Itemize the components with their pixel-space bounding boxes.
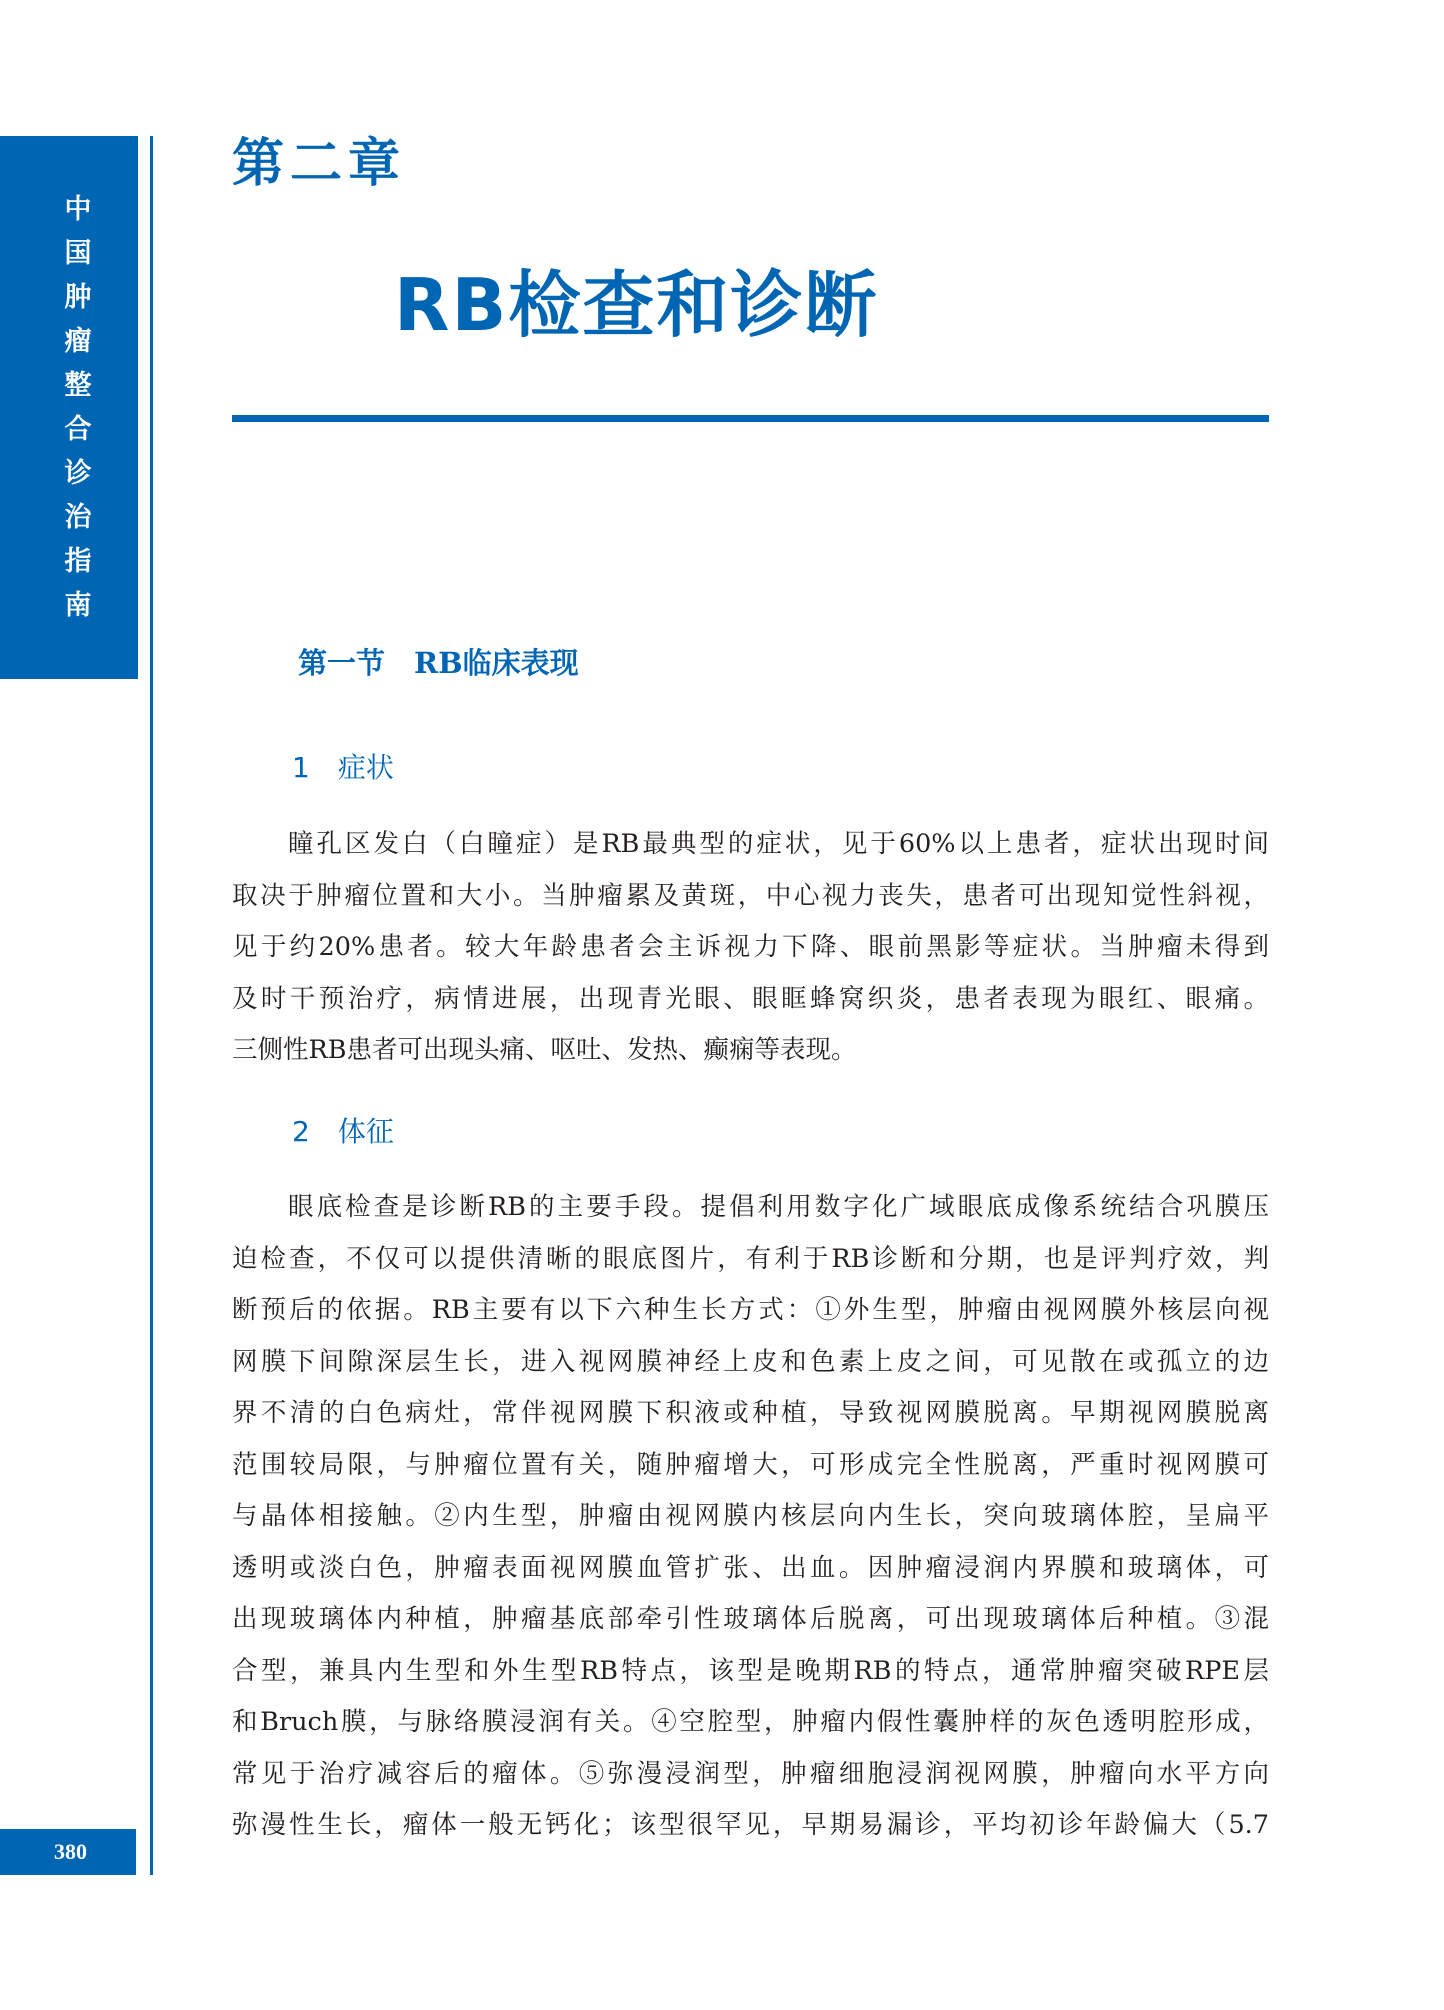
- book-title-char: 瘤: [65, 320, 92, 364]
- text-line: 出现玻璃体内种植，肿瘤基底部牵引性玻璃体后脱离，可出现玻璃体后种植。③混: [232, 1594, 1269, 1646]
- book-title-char: 治: [65, 496, 92, 540]
- book-title-char: 诊: [65, 452, 92, 496]
- subsection-heading-signs: 2 体征: [292, 1112, 394, 1152]
- vertical-divider: [150, 136, 153, 1875]
- text-line: 透明或淡白色，肿瘤表面视网膜血管扩张、出血。因肿瘤浸润内界膜和玻璃体，可: [232, 1543, 1269, 1595]
- text-line: 和Bruch膜，与脉络膜浸润有关。④空腔型，肿瘤内假性囊肿样的灰色透明腔形成，: [232, 1697, 1269, 1749]
- book-title-char: 合: [65, 408, 92, 452]
- page-number-box: 380: [0, 1829, 136, 1875]
- text-line: 眼底检查是诊断RB的主要手段。提倡利用数字化广域眼底成像系统结合巩膜压: [232, 1182, 1269, 1234]
- book-title-vertical: 中 国 肿 瘤 整 合 诊 治 指 南: [60, 188, 96, 628]
- text-line: 常见于治疗减容后的瘤体。⑤弥漫浸润型，肿瘤细胞浸润视网膜，肿瘤向水平方向: [232, 1749, 1269, 1801]
- text-line: 瞳孔区发白（白瞳症）是RB最典型的症状，见于60%以上患者，症状出现时间: [232, 819, 1269, 871]
- chapter-divider: [232, 415, 1269, 422]
- page-number: 380: [54, 1829, 87, 1875]
- text-line: 及时干预治疗，病情进展，出现青光眼、眼眶蜂窝织炎，患者表现为眼红、眼痛。: [232, 974, 1269, 1026]
- text-line: 合型，兼具内生型和外生型RB特点，该型是晚期RB的特点，通常肿瘤突破RPE层: [232, 1646, 1269, 1698]
- text-line: 三侧性RB患者可出现头痛、呕吐、发热、癫痫等表现。: [232, 1025, 1269, 1077]
- text-line: 取决于肿瘤位置和大小。当肿瘤累及黄斑，中心视力丧失，患者可出现知觉性斜视，: [232, 871, 1269, 923]
- paragraph-symptoms: 瞳孔区发白（白瞳症）是RB最典型的症状，见于60%以上患者，症状出现时间 取决于…: [232, 819, 1269, 1077]
- book-title-char: 肿: [65, 276, 92, 320]
- paragraph-signs: 眼底检查是诊断RB的主要手段。提倡利用数字化广域眼底成像系统结合巩膜压 迫检查，…: [232, 1182, 1269, 1852]
- book-title-char: 指: [65, 540, 92, 584]
- section-title: 第一节 RB临床表现: [298, 643, 579, 683]
- subsection-heading-symptoms: 1 症状: [292, 748, 394, 788]
- text-line: 界不清的白色病灶，常伴视网膜下积液或种植，导致视网膜脱离。早期视网膜脱离: [232, 1388, 1269, 1440]
- book-title-char: 南: [65, 584, 92, 628]
- text-line: 网膜下间隙深层生长，进入视网膜神经上皮和色素上皮之间，可见散在或孤立的边: [232, 1337, 1269, 1389]
- text-line: 断预后的依据。RB主要有以下六种生长方式：①外生型，肿瘤由视网膜外核层向视: [232, 1285, 1269, 1337]
- chapter-label: 第二章: [232, 132, 406, 196]
- book-title-char: 国: [65, 232, 92, 276]
- text-line: 弥漫性生长，瘤体一般无钙化；该型很罕见，早期易漏诊，平均初诊年龄偏大（5.7: [232, 1800, 1269, 1852]
- chapter-title: RB检查和诊断: [394, 262, 878, 348]
- text-line: 与晶体相接触。②内生型，肿瘤由视网膜内核层向内生长，突向玻璃体腔，呈扁平: [232, 1491, 1269, 1543]
- text-line: 见于约20%患者。较大年龄患者会主诉视力下降、眼前黑影等症状。当肿瘤未得到: [232, 922, 1269, 974]
- book-title-char: 整: [65, 364, 92, 408]
- book-title-char: 中: [65, 188, 92, 232]
- text-line: 范围较局限，与肿瘤位置有关，随肿瘤增大，可形成完全性脱离，严重时视网膜可: [232, 1440, 1269, 1492]
- text-line: 迫检查，不仅可以提供清晰的眼底图片，有利于RB诊断和分期，也是评判疗效，判: [232, 1234, 1269, 1286]
